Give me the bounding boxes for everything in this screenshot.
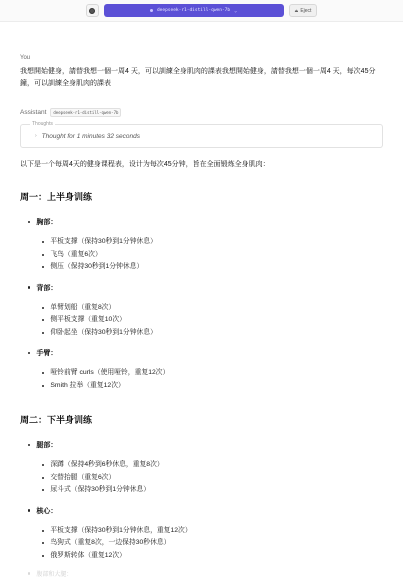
exercise-text: Smith 拉举（重复12次）	[50, 380, 124, 393]
bullet-icon	[28, 572, 30, 574]
exercise-text: 侧压（保持30秒到1分钟休息）	[50, 261, 143, 274]
bullet-icon	[42, 555, 44, 557]
bullet-icon	[42, 477, 44, 479]
group-title: 胸部：	[36, 217, 57, 227]
exercise-text: 鸟狗式（重复8次，一边保持30秒休息）	[50, 537, 170, 550]
exercise-item: 平板支撑（保持30秒到1分钟休息）	[42, 236, 383, 249]
exercise-list: 深蹲（保持4秒到6秒休息，重复8次） 交替抬腿（重复6次） 尿斗式（保持30秒到…	[28, 459, 383, 497]
bullet-icon	[28, 509, 30, 511]
eject-button[interactable]: ⏏ Eject	[289, 4, 318, 17]
bullet-icon	[42, 266, 44, 268]
model-tag: deepseek-r1-distill-qwen-7b	[50, 108, 121, 117]
muscle-group: 手臂： 哑铃前臂 curls（使用哑铃，重复12次） Smith 拉举（重复12…	[28, 348, 383, 392]
group-title: 手臂：	[36, 348, 57, 358]
exercise-item: 俄罗斯转体（重复12次）	[42, 550, 383, 563]
muscle-group: 腿部： 深蹲（保持4秒到6秒休息，重复8次） 交替抬腿（重复6次） 尿斗式（保持…	[28, 440, 383, 497]
thoughts-legend: Thoughts	[30, 121, 55, 127]
bullet-icon	[42, 489, 44, 491]
exercise-text: 仰卧起坐（保持30秒到1分钟休息）	[50, 327, 157, 340]
day-heading: 周二：下半身训练	[20, 413, 383, 426]
muscle-group-list: 腿部： 深蹲（保持4秒到6秒休息，重复8次） 交替抬腿（重复6次） 尿斗式（保持…	[20, 440, 383, 562]
settings-button[interactable]	[86, 4, 99, 17]
bullet-icon	[28, 352, 30, 354]
model-selector[interactable]: deepseek-r1-distill-qwen-7b ⌄	[104, 4, 284, 17]
exercise-text: 深蹲（保持4秒到6秒休息，重复8次）	[50, 459, 163, 472]
chat-transcript: You 我想開始健身，請替我想一個一周4 天，可以訓練全身肌肉的課表我想開始健身…	[20, 55, 383, 571]
bullet-icon	[42, 372, 44, 374]
bullet-icon	[42, 307, 44, 309]
user-role-label: You	[20, 55, 383, 61]
exercise-item: 仰卧起坐（保持30秒到1分钟休息）	[42, 327, 383, 340]
bullet-icon	[28, 444, 30, 446]
user-message-block: You 我想開始健身，請替我想一個一周4 天，可以訓練全身肌肉的課表我想開始健身…	[20, 55, 383, 90]
exercise-text: 交替抬腿（重复6次）	[50, 472, 115, 485]
streaming-faded-item: 腹部和大腿：	[28, 569, 72, 578]
muscle-group: 背部： 单臂划船（重复8次） 侧平板支撑（重复10次） 仰卧起坐（保持30秒到1…	[28, 283, 383, 340]
exercise-item: 鸟狗式（重复8次，一边保持30秒休息）	[42, 537, 383, 550]
top-toolbar: deepseek-r1-distill-qwen-7b ⌄ ⏏ Eject	[0, 0, 403, 22]
exercise-list: 平板支撑（保持30秒到1分钟休息） 飞鸟（重复6次） 侧压（保持30秒到1分钟休…	[28, 236, 383, 274]
exercise-item: 交替抬腿（重复6次）	[42, 472, 383, 485]
thought-duration: Thought for 1 minutes 32 seconds	[42, 133, 140, 140]
exercise-text: 单臂划船（重复8次）	[50, 302, 115, 315]
exercise-text: 哑铃前臂 curls（使用哑铃，重复12次）	[50, 367, 169, 380]
exercise-item: Smith 拉举（重复12次）	[42, 380, 383, 393]
bullet-icon	[42, 332, 44, 334]
exercise-item: 飞鸟（重复6次）	[42, 249, 383, 262]
exercise-item: 尿斗式（保持30秒到1分钟休息）	[42, 484, 383, 497]
muscle-group: 胸部： 平板支撑（保持30秒到1分钟休息） 飞鸟（重复6次） 侧压（保持30秒到…	[28, 217, 383, 274]
eject-label: Eject	[300, 8, 311, 14]
day-heading: 周一：上半身训练	[20, 190, 383, 203]
exercise-item: 单臂划船（重复8次）	[42, 302, 383, 315]
thoughts-panel[interactable]: Thoughts › Thought for 1 minutes 32 seco…	[20, 124, 383, 148]
exercise-list: 单臂划船（重复8次） 侧平板支撑（重复10次） 仰卧起坐（保持30秒到1分钟休息…	[28, 302, 383, 340]
bullet-icon	[42, 464, 44, 466]
exercise-text: 侧平板支撑（重复10次）	[50, 314, 126, 327]
bullet-icon	[42, 530, 44, 532]
chevron-down-icon: ⌄	[234, 8, 237, 14]
chevron-right-icon[interactable]: ›	[35, 133, 37, 139]
exercise-list: 哑铃前臂 curls（使用哑铃，重复12次） Smith 拉举（重复12次）	[28, 367, 383, 392]
bullet-icon	[42, 385, 44, 387]
bullet-icon	[42, 542, 44, 544]
bullet-icon	[42, 254, 44, 256]
bullet-icon	[42, 319, 44, 321]
group-title: 腿部：	[36, 440, 57, 450]
gear-icon	[89, 8, 95, 14]
group-title: 背部：	[36, 283, 57, 293]
group-title: 核心：	[36, 506, 57, 516]
bullet-icon	[42, 241, 44, 243]
muscle-group: 核心： 平板支撑（保持30秒到1分钟休息，重复12次） 鸟狗式（重复8次，一边保…	[28, 506, 383, 563]
user-message-text: 我想開始健身，請替我想一個一周4 天，可以訓練全身肌肉的課表我想開始健身，請替我…	[20, 66, 383, 90]
bullet-icon	[28, 221, 30, 223]
assistant-header: Assistant deepseek-r1-distill-qwen-7b	[20, 108, 383, 117]
exercise-item: 侧压（保持30秒到1分钟休息）	[42, 261, 383, 274]
model-status-icon	[150, 9, 153, 12]
exercise-text: 平板支撑（保持30秒到1分钟休息，重复12次）	[50, 525, 191, 538]
faded-group-title: 腹部和大腿：	[36, 569, 72, 578]
exercise-list: 平板支撑（保持30秒到1分钟休息，重复12次） 鸟狗式（重复8次，一边保持30秒…	[28, 525, 383, 563]
exercise-text: 飞鸟（重复6次）	[50, 249, 101, 262]
eject-icon: ⏏	[295, 8, 299, 13]
model-name: deepseek-r1-distill-qwen-7b	[157, 8, 230, 13]
assistant-role-label: Assistant	[20, 109, 46, 116]
exercise-item: 深蹲（保持4秒到6秒休息，重复8次）	[42, 459, 383, 472]
exercise-text: 俄罗斯转体（重复12次）	[50, 550, 126, 563]
exercise-item: 侧平板支撑（重复10次）	[42, 314, 383, 327]
muscle-group-list: 胸部： 平板支撑（保持30秒到1分钟休息） 飞鸟（重复6次） 侧压（保持30秒到…	[20, 217, 383, 392]
bullet-icon	[28, 286, 30, 288]
exercise-text: 平板支撑（保持30秒到1分钟休息）	[50, 236, 157, 249]
exercise-item: 平板支撑（保持30秒到1分钟休息，重复12次）	[42, 525, 383, 538]
exercise-text: 尿斗式（保持30秒到1分钟休息）	[50, 484, 150, 497]
assistant-intro: 以下是一个每周4天的健身课程表，设计为每次45分钟，旨在全面锻炼全身肌肉：	[20, 159, 383, 169]
exercise-item: 哑铃前臂 curls（使用哑铃，重复12次）	[42, 367, 383, 380]
